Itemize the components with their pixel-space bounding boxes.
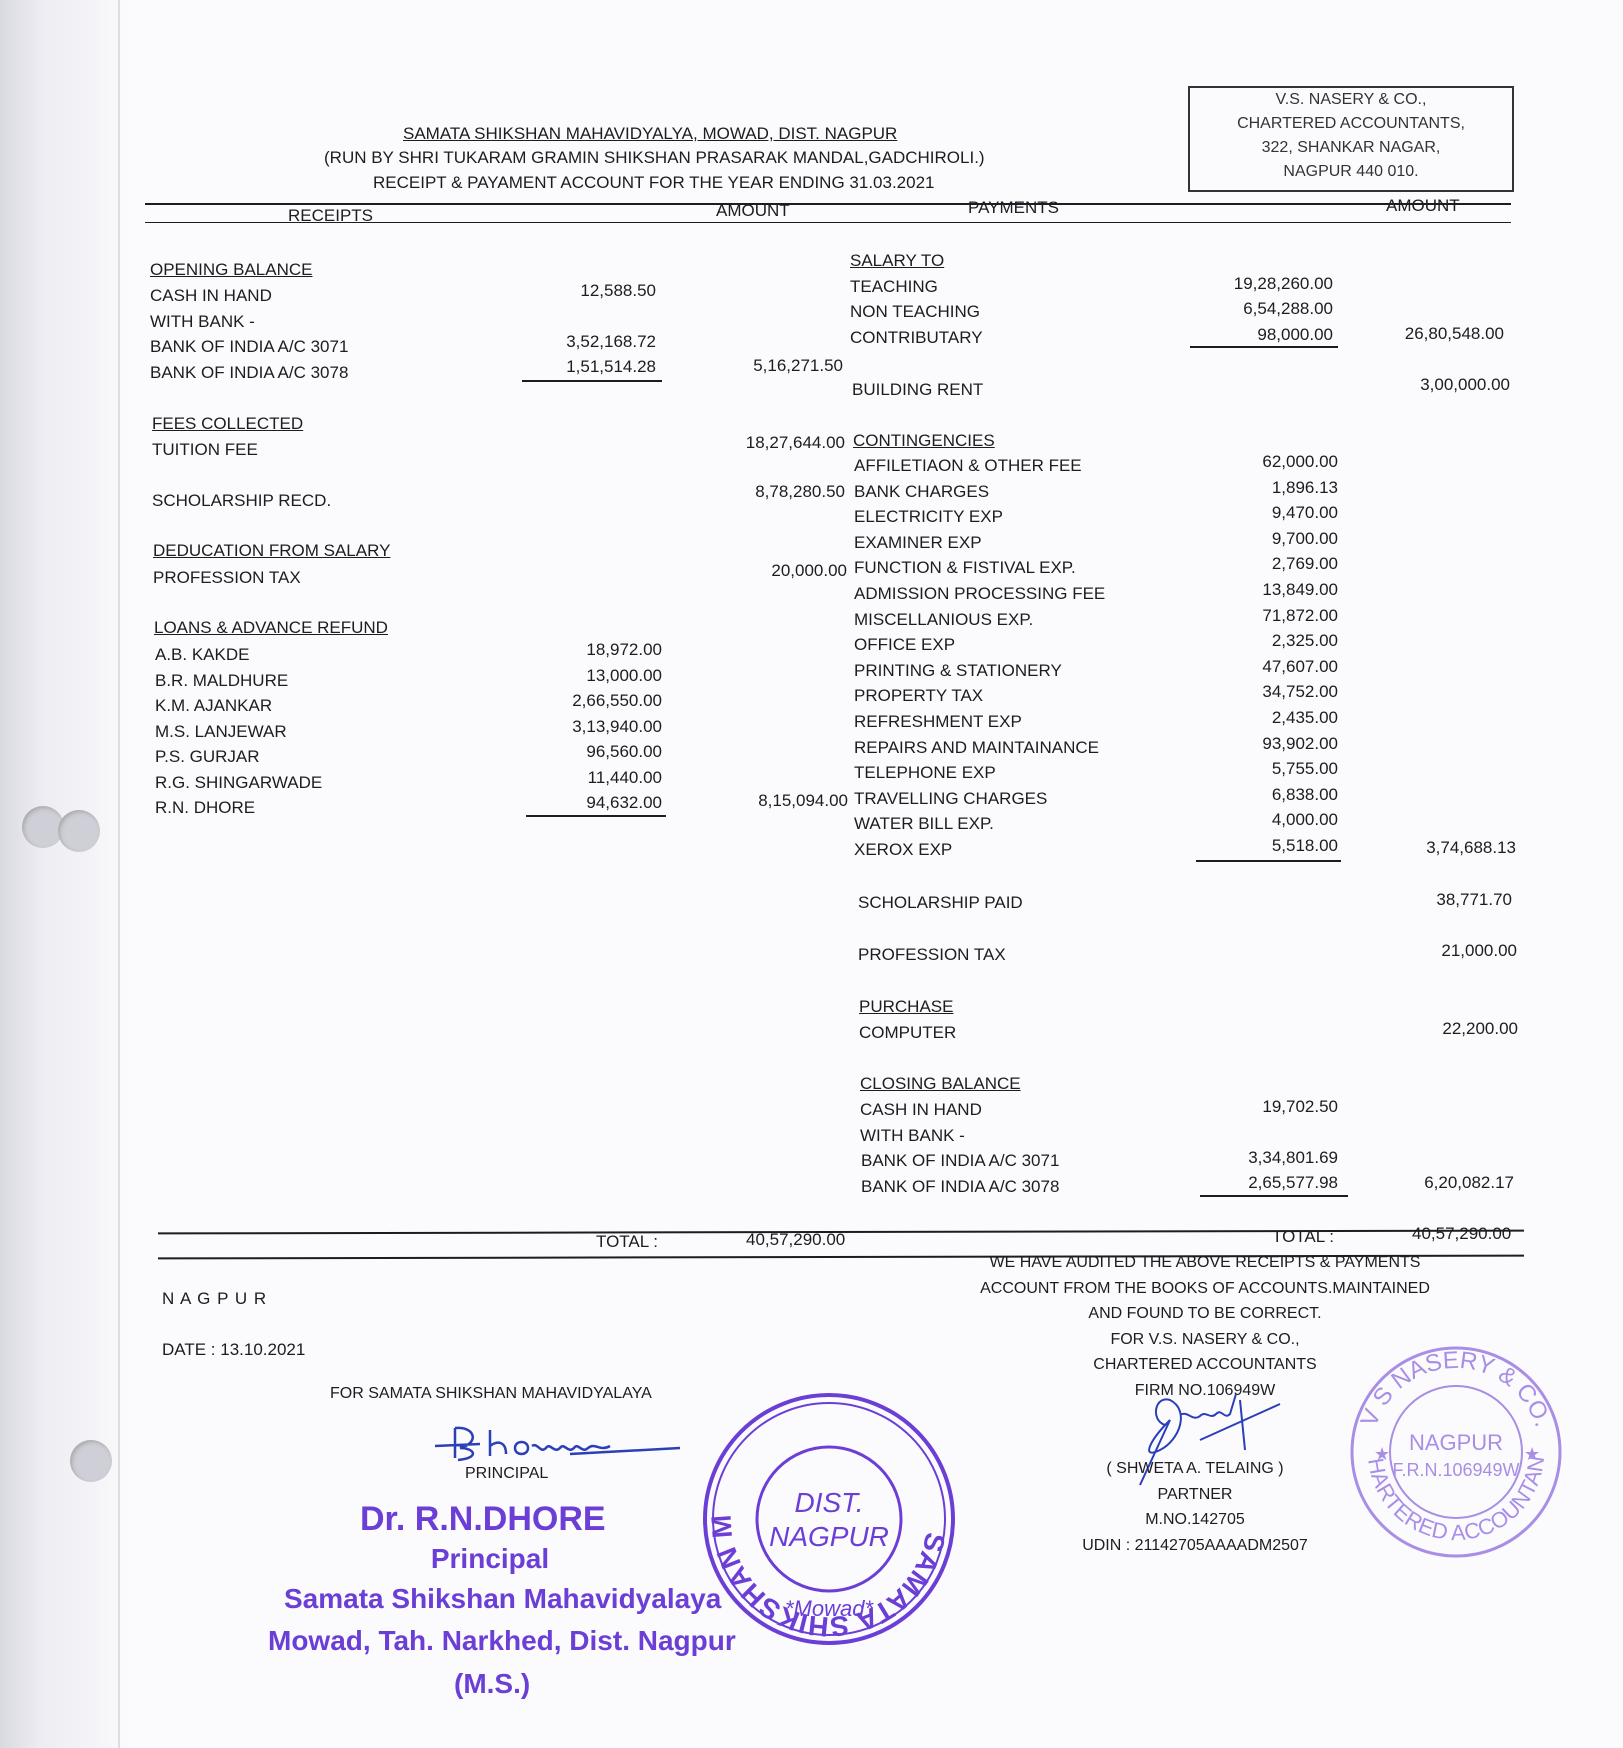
ca-seal: V S NASERY & CO. CHARTERED ACCOUNTANT ★ … [1346,1342,1566,1562]
row-amount: 3,13,940.00 [520,717,662,737]
principal-stamp-name: Dr. R.N.DHORE [360,1500,606,1539]
section-heading: PURCHASE [859,997,953,1017]
row-amount: 3,52,168.72 [520,332,656,352]
partner-role: PARTNER [1030,1482,1360,1508]
row-amount: 3,34,801.69 [1200,1148,1338,1168]
row-amount: 9,470.00 [1190,503,1338,523]
row-amount: 94,632.00 [520,793,662,813]
partner-name: ( SHWETA A. TELAING ) [1030,1456,1360,1482]
row-label: ELECTRICITY EXP [854,507,1003,527]
row-label: R.N. DHORE [155,798,255,818]
row-label: TRAVELLING CHARGES [854,789,1047,809]
row-label: PROFESSION TAX [858,945,1006,965]
row-amount: 2,65,577.98 [1200,1173,1338,1193]
svg-text:★: ★ [1374,1444,1390,1464]
row-label: OFFICE EXP [854,635,955,655]
audit-line: ACCOUNT FROM THE BOOKS OF ACCOUNTS.MAINT… [930,1276,1480,1302]
subtotal-rule [526,815,666,817]
section-total: 8,15,094.00 [700,791,848,811]
section-total: 38,771.70 [1360,890,1512,910]
partner-block: ( SHWETA A. TELAING ) PARTNER M.NO.14270… [1030,1456,1360,1558]
row-label: NON TEACHING [850,302,980,322]
row-label: SCHOLARSHIP PAID [858,893,1023,913]
row-amount: 71,872.00 [1190,606,1338,626]
col-amount-left: AMOUNT [716,201,790,221]
section-total: 26,80,548.00 [1360,324,1504,344]
row-label: CASH IN HAND [150,286,272,306]
row-label: WITH BANK - [860,1126,965,1146]
section-total: 21,000.00 [1360,941,1517,961]
row-label: TELEPHONE EXP [854,763,996,783]
date: DATE : 13.10.2021 [162,1340,305,1360]
row-label: PROFESSION TAX [153,568,301,588]
row-label: BANK OF INDIA A/C 3071 [861,1151,1059,1171]
section-heading: LOANS & ADVANCE REFUND [154,618,388,638]
section-total: 8,78,280.50 [700,482,845,502]
section-heading: DEDUCATION FROM SALARY [153,541,390,561]
row-amount: 2,769.00 [1190,554,1338,574]
row-amount: 2,435.00 [1190,708,1338,728]
subtotal-rule [1196,860,1341,862]
row-amount: 62,000.00 [1190,452,1338,472]
row-label: BANK OF INDIA A/C 3078 [861,1177,1059,1197]
college-seal: SAMATA SHIKSHAN MAHAVIDYALAYA *Mowad* DI… [700,1390,958,1648]
section-total: 5,16,271.50 [700,356,843,376]
receipts-total: 40,57,290.00 [746,1230,845,1250]
payments-total-label: TOTAL : [1272,1227,1334,1247]
row-label: TEACHING [850,277,938,297]
audit-line: FOR V.S. NASERY & CO., [930,1327,1480,1353]
audit-line: AND FOUND TO BE CORRECT. [930,1301,1480,1327]
row-amount: 19,702.50 [1200,1097,1338,1117]
row-amount: 13,849.00 [1190,580,1338,600]
col-payments: PAYMENTS [968,198,1059,218]
svg-text:*Mowad*: *Mowad* [785,1596,874,1621]
row-amount: 2,66,550.00 [520,691,662,711]
svg-text:NAGPUR: NAGPUR [1409,1430,1503,1455]
svg-text:F.R.N.106949W: F.R.N.106949W [1392,1460,1519,1480]
section-total: 3,74,688.13 [1360,838,1516,858]
punch-hole [70,1440,112,1482]
row-label: P.S. GURJAR [155,747,260,767]
row-label: REFRESHMENT EXP [854,712,1022,732]
row-amount: 1,51,514.28 [520,357,656,377]
col-receipts: RECEIPTS [288,206,373,226]
row-label: BUILDING RENT [852,380,983,400]
row-amount: 6,54,288.00 [1190,299,1333,319]
row-amount: 19,28,260.00 [1190,274,1333,294]
row-amount: 5,518.00 [1190,836,1338,856]
punch-hole [58,810,100,852]
row-label: WITH BANK - [150,312,255,332]
row-amount: 4,000.00 [1190,810,1338,830]
section-heading: CONTINGENCIES [853,431,995,451]
row-label: PRINTING & STATIONERY [854,661,1062,681]
row-amount: 12,588.50 [520,281,656,301]
section-heading: FEES COLLECTED [152,414,303,434]
audit-line: WE HAVE AUDITED THE ABOVE RECEIPTS & PAY… [930,1250,1480,1276]
row-amount: 6,838.00 [1190,785,1338,805]
college-name: SAMATA SHIKSHAN MAHAVIDYALYA, MOWAD, DIS… [403,124,897,144]
header-rule-bottom [145,222,1511,223]
row-label: A.B. KAKDE [155,645,249,665]
membership-no: M.NO.142705 [1030,1507,1360,1533]
principal-stamp-title: Principal [380,1543,600,1575]
principal-stamp-address: Mowad, Tah. Narkhed, Dist. Nagpur [268,1625,736,1657]
row-label: MISCELLANIOUS EXP. [854,610,1033,630]
paper-edge [0,0,130,1748]
row-label: AFFILETIAON & OTHER FEE [854,456,1082,476]
section-total: 22,200.00 [1360,1019,1518,1039]
row-label: REPAIRS AND MAINTAINANCE [854,738,1099,758]
subtotal-rule [522,380,662,382]
row-amount: 9,700.00 [1190,529,1338,549]
row-amount: 11,440.00 [520,768,662,788]
for-college: FOR SAMATA SHIKSHAN MAHAVIDYALAYA [330,1385,652,1403]
section-heading: OPENING BALANCE [150,260,313,280]
row-amount: 5,755.00 [1190,759,1338,779]
row-amount: 98,000.00 [1190,325,1333,345]
payments-total: 40,57,290.00 [1412,1224,1511,1244]
receipts-total-label: TOTAL : [596,1232,658,1252]
svg-text:DIST.: DIST. [795,1487,864,1518]
run-by: (RUN BY SHRI TUKARAM GRAMIN SHIKSHAN PRA… [324,148,985,168]
section-heading: SALARY TO [850,251,944,271]
subtotal-rule [1200,1195,1348,1197]
auditor-line: CHARTERED ACCOUNTANTS, [1190,112,1512,136]
section-total: 18,27,644.00 [700,433,845,453]
row-label: WATER BILL EXP. [854,814,994,834]
header-rule-top [145,203,1511,205]
svg-text:★: ★ [1524,1444,1540,1464]
section-total: 3,00,000.00 [1360,375,1510,395]
udin: UDIN : 21142705AAAADM2507 [1030,1533,1360,1559]
subtotal-rule [1190,346,1338,348]
section-heading: CLOSING BALANCE [860,1074,1021,1094]
row-label: FUNCTION & FISTIVAL EXP. [854,558,1076,578]
auditor-line: 322, SHANKAR NAGAR, [1190,136,1512,160]
row-label: BANK OF INDIA A/C 3078 [150,363,348,383]
row-label: SCHOLARSHIP RECD. [152,491,331,511]
row-label: K.M. AJANKAR [155,696,272,716]
row-label: B.R. MALDHURE [155,671,288,691]
row-label: COMPUTER [859,1023,956,1043]
row-label: EXAMINER EXP [854,533,982,553]
section-total: 6,20,082.17 [1360,1173,1514,1193]
row-amount: 18,972.00 [520,640,662,660]
row-label: PROPERTY TAX [854,686,983,706]
row-label: CASH IN HAND [860,1100,982,1120]
row-label: ADMISSION PROCESSING FEE [854,584,1105,604]
row-label: BANK OF INDIA A/C 3071 [150,337,348,357]
auditor-line: NAGPUR 440 010. [1190,160,1512,184]
section-total: 20,000.00 [700,561,847,581]
principal-signature [420,1418,700,1468]
row-label: TUITION FEE [152,440,258,460]
row-amount: 93,902.00 [1190,734,1338,754]
row-label: XEROX EXP [854,840,952,860]
row-amount: 34,752.00 [1190,682,1338,702]
auditor-line: V.S. NASERY & CO., [1190,88,1512,112]
row-amount: 2,325.00 [1190,631,1338,651]
row-label: BANK CHARGES [854,482,989,502]
statement-title: RECEIPT & PAYAMENT ACCOUNT FOR THE YEAR … [373,173,935,193]
paper-fold [118,0,120,1748]
principal-stamp-state: (M.S.) [454,1668,530,1700]
place: N A G P U R [162,1289,267,1309]
row-amount: 96,560.00 [520,742,662,762]
principal-stamp-college: Samata Shikshan Mahavidyalaya [284,1583,721,1615]
auditor-address-box: V.S. NASERY & CO., CHARTERED ACCOUNTANTS… [1188,86,1514,192]
row-amount: 47,607.00 [1190,657,1338,677]
svg-text:NAGPUR: NAGPUR [769,1521,889,1552]
principal-label: PRINCIPAL [465,1465,548,1483]
row-amount: 1,896.13 [1190,478,1338,498]
row-label: M.S. LANJEWAR [155,722,287,742]
row-label: CONTRIBUTARY [850,328,983,348]
row-label: R.G. SHINGARWADE [155,773,322,793]
row-amount: 13,000.00 [520,666,662,686]
col-amount-right: AMOUNT [1386,196,1460,216]
